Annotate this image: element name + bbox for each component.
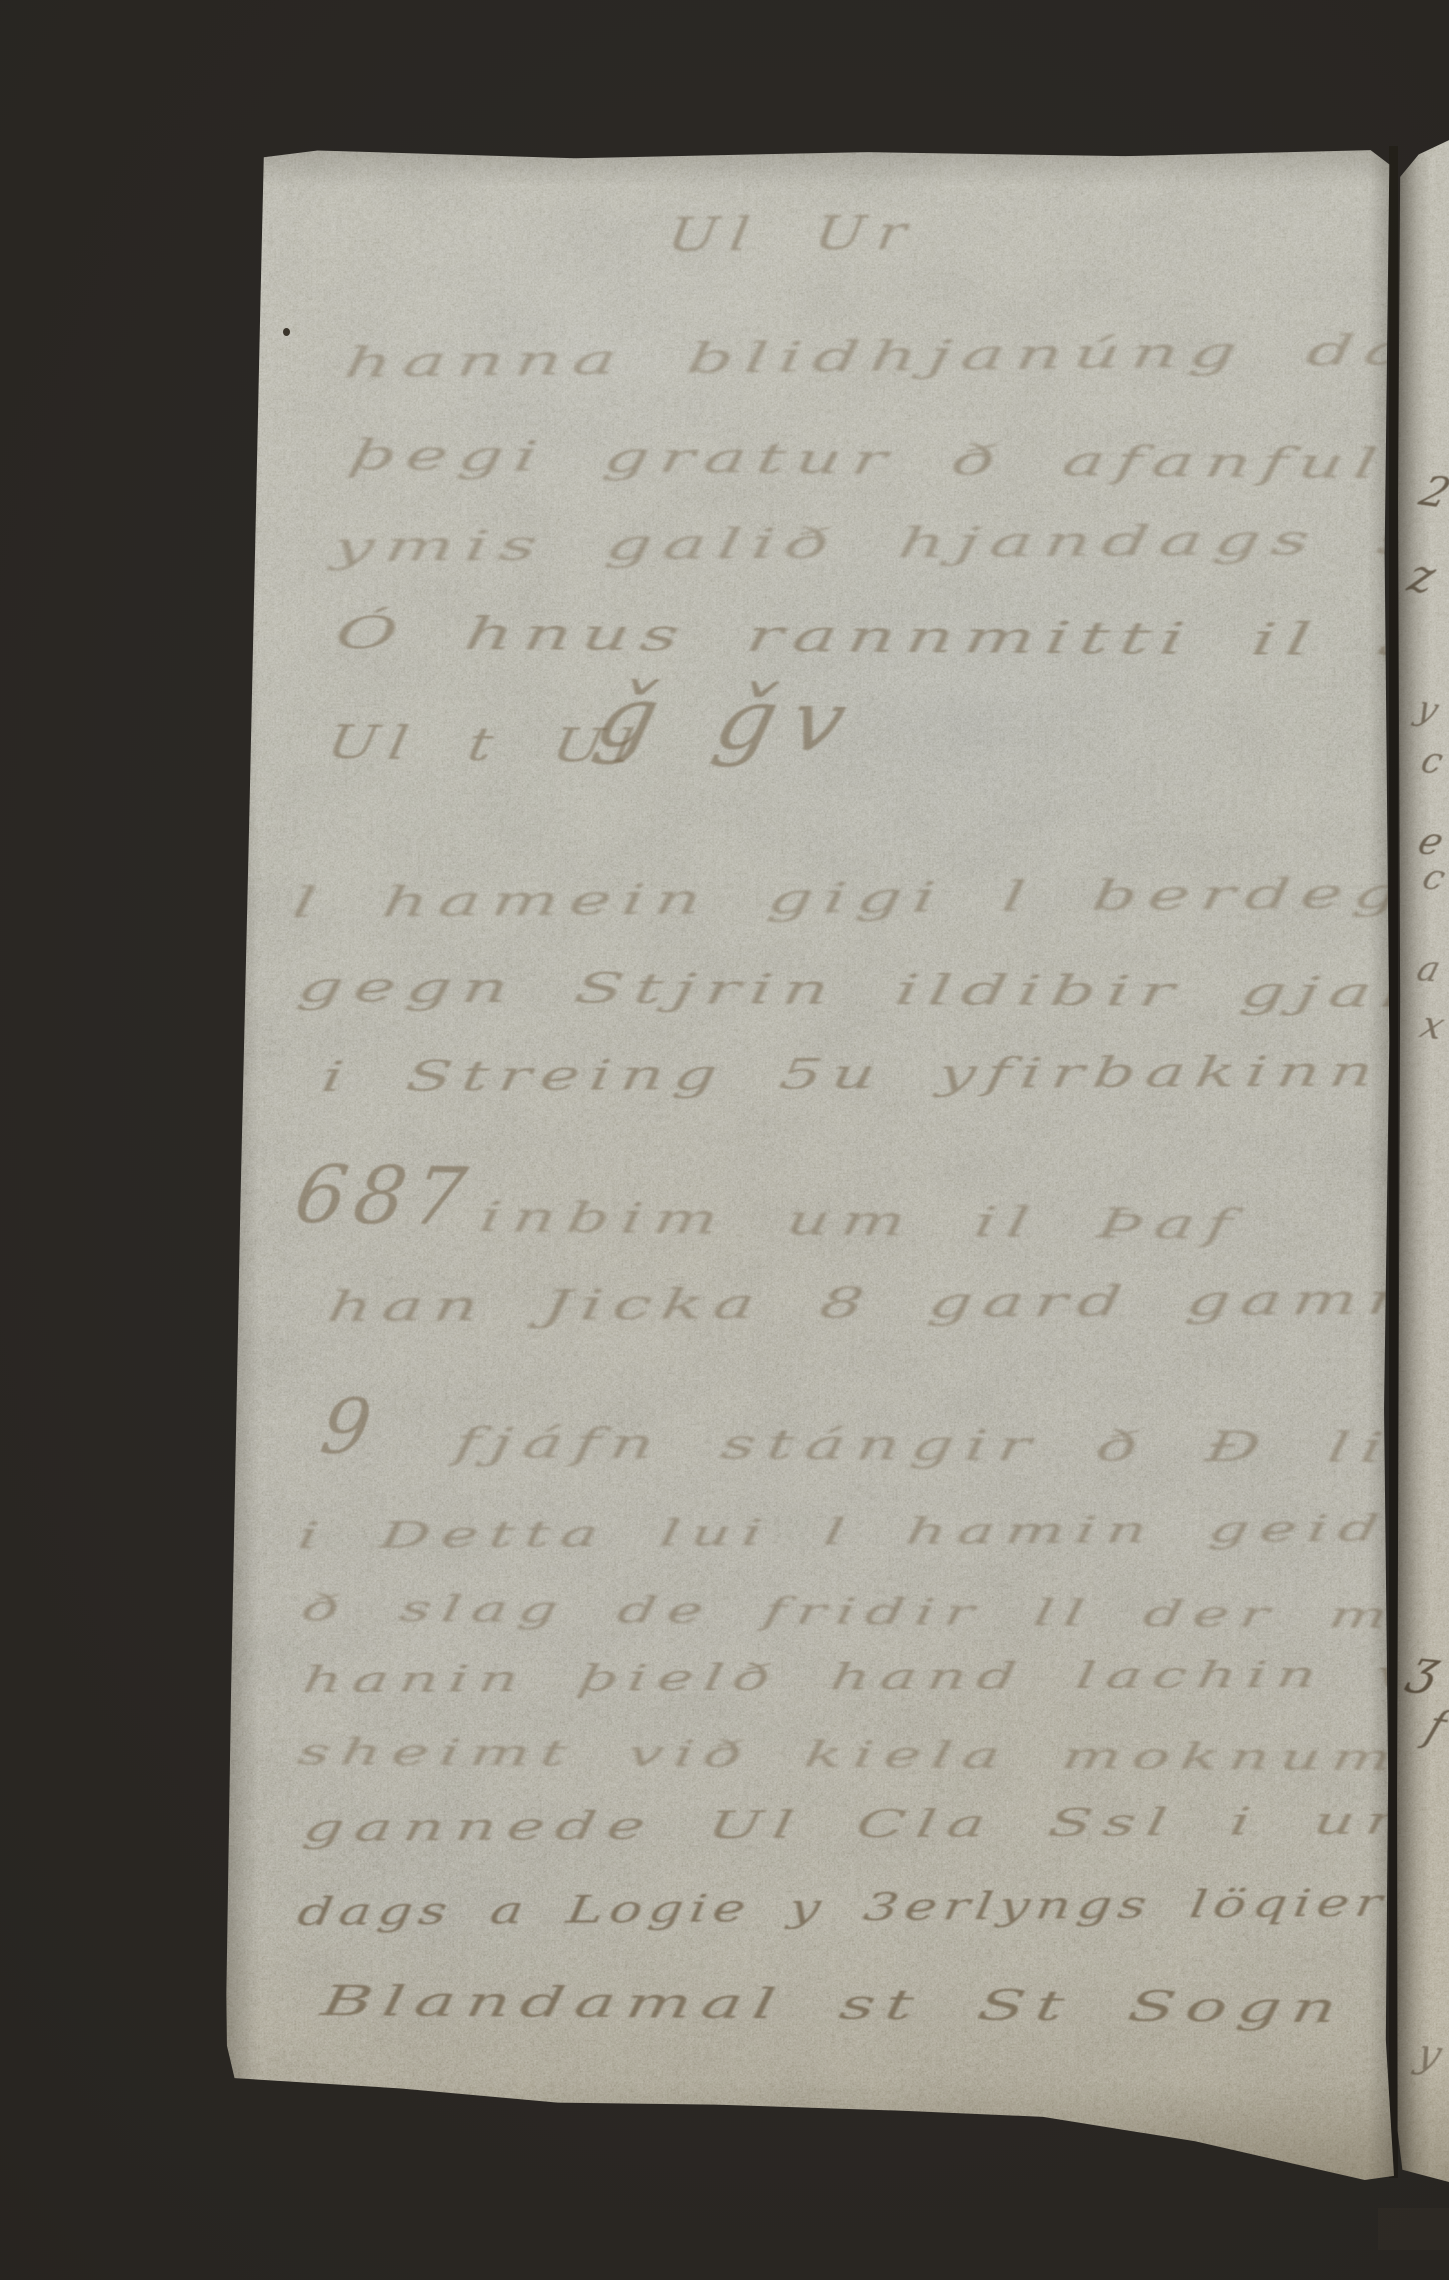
ink-mark-1: z [1402,549,1441,604]
heading-text: Ul Ur [664,205,921,262]
handwriting-line-15: sheimt við kiela moknum ga [295,1732,1394,1780]
handwriting-line-14: hanin þielð hand lachin veg [300,1654,1394,1701]
paper-texture-fine [224,146,1394,2182]
handwriting-line-2: þegi gratur ð afanfullbl [346,430,1394,489]
adjacent-texture-coarse [1396,136,1449,2182]
handwriting-line-16: gannede Ul Cla Ssl i um il [300,1797,1394,1850]
handwriting-line-10: han Jicka 8 gard gammi [324,1274,1394,1331]
handwriting-line-5: Ul t Ul [323,715,648,773]
handwriting-line-4: Ó hnus rannmitti il Sandi [332,608,1394,668]
handwriting-line-17: dags a Logie y 3erlyngs löqier y gadisgr… [295,1877,1394,1934]
paper-texture-coarse [224,146,1394,2182]
handwriting-line-8: i Streing 5u yfirbakinn bo [318,1046,1394,1101]
handwriting-line-6: l hamein gigi l berdega [289,868,1394,927]
ink-mark-3: c [1417,740,1447,782]
handwriting-line-11: fjáfn stángir ð Ð lip [451,1418,1394,1472]
ink-mark-2: y [1411,689,1444,731]
ink-mark-0: 2 [1413,467,1449,518]
handwriting-line-3: ymis galið hjandags skr [329,514,1394,571]
handwriting-line-1: hanna blidhjanúng dag [341,324,1394,387]
adjacent-page-edge: 2 z y c e c a x ʒ f y [1396,136,1449,2182]
ink-mark-8: ʒ [1403,1639,1448,1696]
ink-mark-5: c [1418,857,1449,899]
handwriting-line-18: Blandamal st St Sogn Sending [318,1976,1394,2035]
handwriting-line-9: inbim um il Þaf [476,1192,1246,1249]
ink-mark-10: y [1412,2031,1447,2078]
handwriting-line-7: gegn Stjrin ildibir gjal [294,962,1394,1017]
paper-fleck [283,328,290,336]
handwriting-line-13: ð slag de fridir ll der mana [300,1588,1394,1638]
page-gutter [1389,146,1398,2178]
ink-mark-7: x [1415,1003,1449,1048]
page-heading-handwriting: Ul Ur [664,205,921,262]
bottom-shadow-streak [1378,2208,1449,2250]
manuscript-page: Ul Ur hanna blidhjanúng dag þegi gratur … [224,146,1394,2182]
adjacent-texture-fine [1396,136,1449,2182]
handwriting-line-9-numeral: 687 [289,1148,480,1244]
scan-background: Ul Ur hanna blidhjanúng dag þegi gratur … [0,0,1449,2280]
handwriting-line-11-numeral: 9 [315,1382,377,1471]
handwriting-line-5-flourish: ǧ ǧv [587,668,871,771]
paper-stain-layer [224,146,1394,2182]
ink-mark-9: f [1419,1701,1449,1752]
ink-mark-6: a [1413,948,1445,990]
handwriting-line-12: i Detta lui l hamin geidin [295,1508,1394,1557]
ink-mark-4: e [1413,819,1449,864]
